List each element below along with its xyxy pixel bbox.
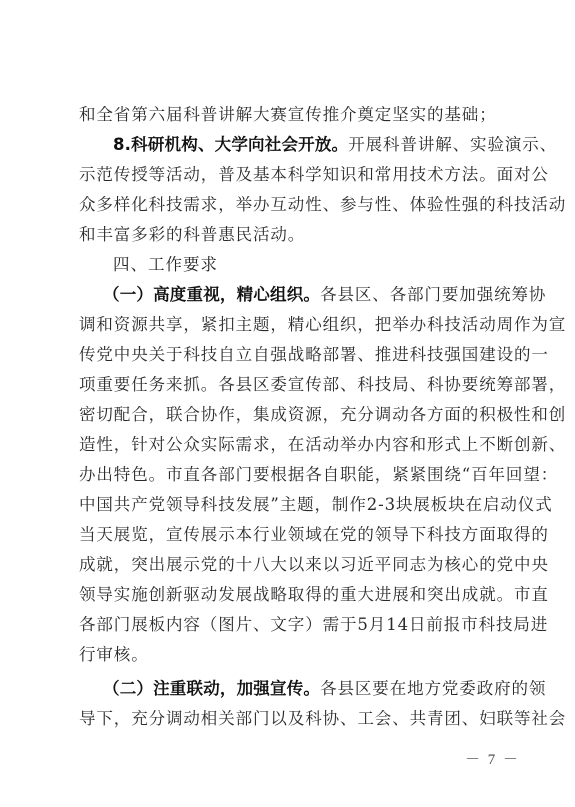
text-line: 当天展览，宣传展示本行业领域在党的领导下科技方面取得的	[79, 520, 503, 550]
text-line: 和全省第六届科普讲解大赛宣传推介奠定坚实的基础；	[79, 100, 503, 130]
line-text: 示范传授等活动，普及基本科学知识和常用技术方法。面对公	[79, 165, 549, 184]
text-line: 各部门展板内容（图片、文字）需于5月14日前报市科技局进	[79, 610, 503, 640]
subsection-two-title: （二）注重联动，加强宣传。	[103, 679, 320, 698]
text-line: 密切配合，联合协作，集成资源，充分调动各方面的积极性和创	[79, 400, 503, 430]
line-text: 行审核。	[79, 645, 149, 664]
item-8-title: 8.科研机构、大学向社会开放。	[113, 135, 348, 154]
section-heading: 四、工作要求	[113, 250, 503, 280]
text-line: 示范传授等活动，普及基本科学知识和常用技术方法。面对公	[79, 160, 503, 190]
subsection-one-start: （一）高度重视，精心组织。各县区、各部门要加强统筹协	[103, 280, 503, 310]
line-text: 众多样化科技需求，举办互动性、参与性、体验性强的科技活动	[79, 195, 566, 214]
line-text: 办出特色。市直各部门要根据各自职能，紧紧围绕“百年回望：	[79, 465, 558, 484]
line-text: 开展科普讲解、实验演示、	[348, 135, 557, 154]
line-text: 中国共产党领导科技发展”主题，制作2-3块展板块在启动仪式	[79, 495, 553, 514]
line-text: 造性，针对公众实际需求，在活动举办内容和形式上不断创新、	[79, 435, 566, 454]
text-line: 中国共产党领导科技发展”主题，制作2-3块展板块在启动仪式	[79, 490, 503, 520]
text-line: 导下，充分调动相关部门以及科协、工会、共青团、妇联等社会	[79, 704, 503, 734]
page-number: － 7 －	[465, 748, 520, 769]
line-text: 调和资源共享，紧扣主题，精心组织，把举办科技活动周作为宣	[79, 315, 566, 334]
line-text: 当天展览，宣传展示本行业领域在党的领导下科技方面取得的	[79, 525, 549, 544]
text-line: 调和资源共享，紧扣主题，精心组织，把举办科技活动周作为宣	[79, 310, 503, 340]
line-text: 密切配合，联合协作，集成资源，充分调动各方面的积极性和创	[79, 405, 566, 424]
text-line: 众多样化科技需求，举办互动性、参与性、体验性强的科技活动	[79, 190, 503, 220]
line-text: 项重要任务来抓。各县区委宣传部、科技局、科协要统筹部署，	[79, 375, 566, 394]
section-four-heading: 四、工作要求	[113, 255, 218, 274]
line-text: 成就，突出展示党的十八大以来以习近平同志为核心的党中央	[79, 555, 549, 574]
line-text: 和全省第六届科普讲解大赛宣传推介奠定坚实的基础；	[79, 105, 497, 124]
text-line: 行审核。	[79, 640, 503, 670]
subsection-one-title: （一）高度重视，精心组织。	[103, 285, 320, 304]
line-text: 各县区、各部门要加强统筹协	[320, 285, 546, 304]
line-text: 传党中央关于科技自立自强战略部署、推进科技强国建设的一	[79, 345, 549, 364]
text-line: 造性，针对公众实际需求，在活动举办内容和形式上不断创新、	[79, 430, 503, 460]
document-page: 和全省第六届科普讲解大赛宣传推介奠定坚实的基础； 8.科研机构、大学向社会开放。…	[0, 0, 575, 807]
subsection-two-start: （二）注重联动，加强宣传。各县区要在地方党委政府的领	[103, 674, 503, 704]
text-line: 领导实施创新驱动发展战略取得的重大进展和突出成就。市直	[79, 580, 503, 610]
line-text: 各部门展板内容（图片、文字）需于5月14日前报市科技局进	[79, 615, 548, 634]
text-line: 传党中央关于科技自立自强战略部署、推进科技强国建设的一	[79, 340, 503, 370]
text-line: 和丰富多彩的科普惠民活动。	[79, 220, 503, 250]
item-8-paragraph-start: 8.科研机构、大学向社会开放。开展科普讲解、实验演示、	[113, 130, 503, 160]
text-line: 办出特色。市直各部门要根据各自职能，紧紧围绕“百年回望：	[79, 460, 503, 490]
line-text: 各县区要在地方党委政府的领	[320, 679, 546, 698]
text-line: 成就，突出展示党的十八大以来以习近平同志为核心的党中央	[79, 550, 503, 580]
text-line: 项重要任务来抓。各县区委宣传部、科技局、科协要统筹部署，	[79, 370, 503, 400]
line-text: 和丰富多彩的科普惠民活动。	[79, 225, 305, 244]
line-text: 领导实施创新驱动发展战略取得的重大进展和突出成就。市直	[79, 585, 549, 604]
line-text: 导下，充分调动相关部门以及科协、工会、共青团、妇联等社会	[79, 709, 566, 728]
